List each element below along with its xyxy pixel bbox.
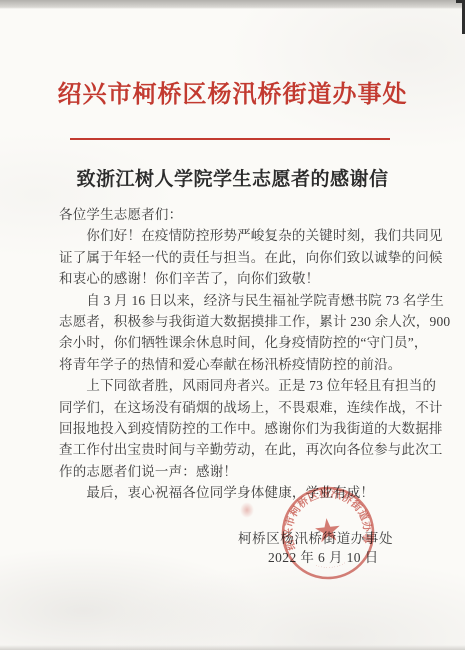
letter-body: 各位学生志愿者们： 你们好！在疫情防控形势严峻复杂的关键时刻，我们共同见证了属于… [59,204,425,503]
body-line: 和衷心的感谢！你们辛苦了，向你们致敬！ [59,268,425,289]
scanned-letter-page: 绍兴市柯桥区杨汛桥街道办事处 致浙江树人学院学生志愿者的感谢信 各位学生志愿者们… [0,0,465,650]
body-line: 作的志愿者们说一声：感谢！ [59,461,425,482]
seal-code-marks: · · · · · · · · · · · · [314,561,348,573]
body-line: 志愿者，积极参与我街道大数据摸排工作，累计 230 余人次，900 [59,311,425,332]
body-line: 同学们，在这场没有硝烟的战场上，不畏艰难，连续作战，不计 [59,397,425,418]
letterhead-title: 绍兴市柯桥区杨汛桥街道办事处 [0,74,465,109]
body-line: 回报地投入到疫情防控的工作中。感谢你们为我街道的大数据排 [59,418,425,439]
official-seal-stamp: 绍兴市柯桥区杨汛桥街道办事处 · · · · · · · · · · · · [276,481,379,584]
svg-text:绍兴市柯桥区杨汛桥街道办事处: 绍兴市柯桥区杨汛桥街道办事处 [276,481,375,555]
letter-title: 致浙江树人学院学生志愿者的感谢信 [0,164,465,191]
body-line: 将青年学子的热情和爱心奉献在杨汛桥疫情防控的前沿。 [59,354,425,375]
body-line: 余小时，你们牺牲课余休息时间，化身疫情防控的“守门员”， [59,332,425,353]
seal-curved-text: 绍兴市柯桥区杨汛桥街道办事处 [276,481,375,555]
ink-smudge [240,502,254,518]
seal-star-icon [314,517,341,543]
body-line: 证了属于年轻一代的责任与担当。在此，向你们致以诚挚的问候 [59,247,425,268]
body-line: 自 3 月 16 日以来，经济与民生福祉学院青懋书院 73 名学生 [59,290,425,311]
body-line: 上下同欲者胜，风雨同舟者兴。正是 73 位年轻且有担当的 [59,375,425,396]
scan-edge-corner [456,0,465,3]
body-line: 查工作付出宝贵时间与辛勤劳动，在此，再次向各位参与此次工 [59,439,425,460]
svg-text:· · · · · · · · · · · ·: · · · · · · · · · · · · [314,561,348,573]
letterhead-divider [70,138,390,140]
scan-edge-bottom [0,645,465,650]
body-line: 你们好！在疫情防控形势严峻复杂的关键时刻，我们共同见 [59,225,425,246]
body-line: 各位学生志愿者们： [59,204,425,225]
scan-edge-top [0,0,465,9]
